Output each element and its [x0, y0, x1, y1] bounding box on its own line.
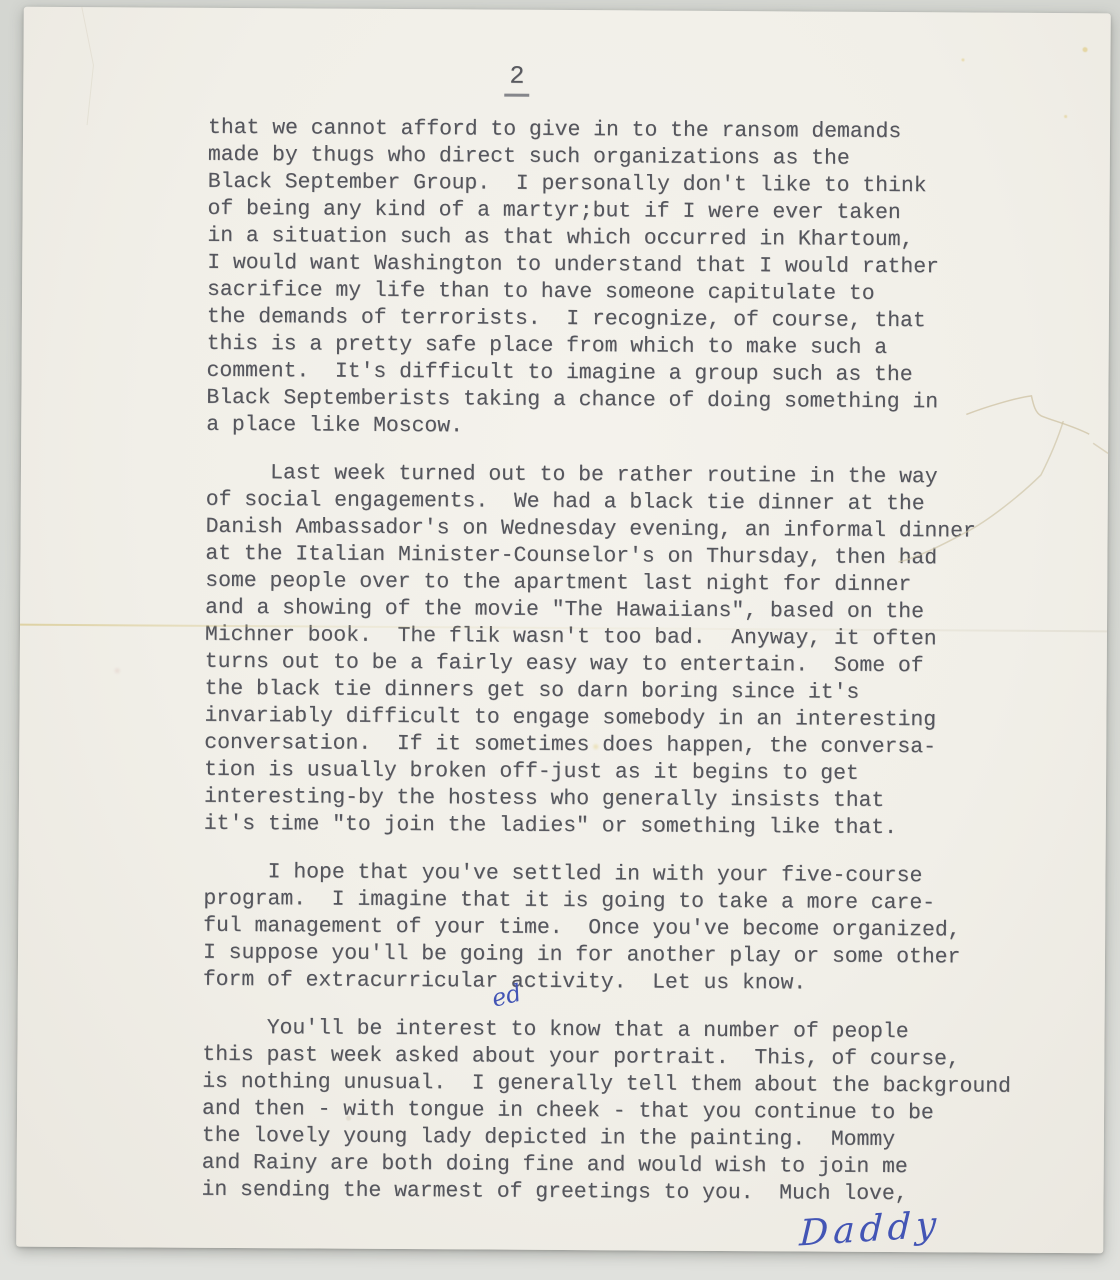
- signature-handwriting: Daddy: [799, 1205, 942, 1254]
- paragraph-4: You'll be interest to know that a number…: [201, 1015, 1082, 1209]
- page-number: 2: [504, 62, 529, 97]
- letter-body: that we cannot afford to give in to the …: [201, 115, 1088, 1230]
- typed-line: form of extracurricular activity. Let us…: [203, 967, 1083, 999]
- scan-background: { "scan": { "background_color": "#d7d9d4…: [0, 0, 1120, 1280]
- typed-line: it's time "to join the ladies" or someth…: [204, 811, 1084, 843]
- paragraph-3: I hope that you've settled in with your …: [203, 859, 1084, 999]
- typed-line: a place like Moscow.: [206, 412, 1086, 444]
- letter-page: 2 that we cannot afford to give in to th…: [16, 7, 1111, 1254]
- foxing-specks: [24, 7, 27, 10]
- paragraph-2: Last week turned out to be rather routin…: [204, 460, 1086, 843]
- paragraph-1: that we cannot afford to give in to the …: [206, 115, 1088, 444]
- typed-line: in sending the warmest of greetings to y…: [201, 1177, 1081, 1209]
